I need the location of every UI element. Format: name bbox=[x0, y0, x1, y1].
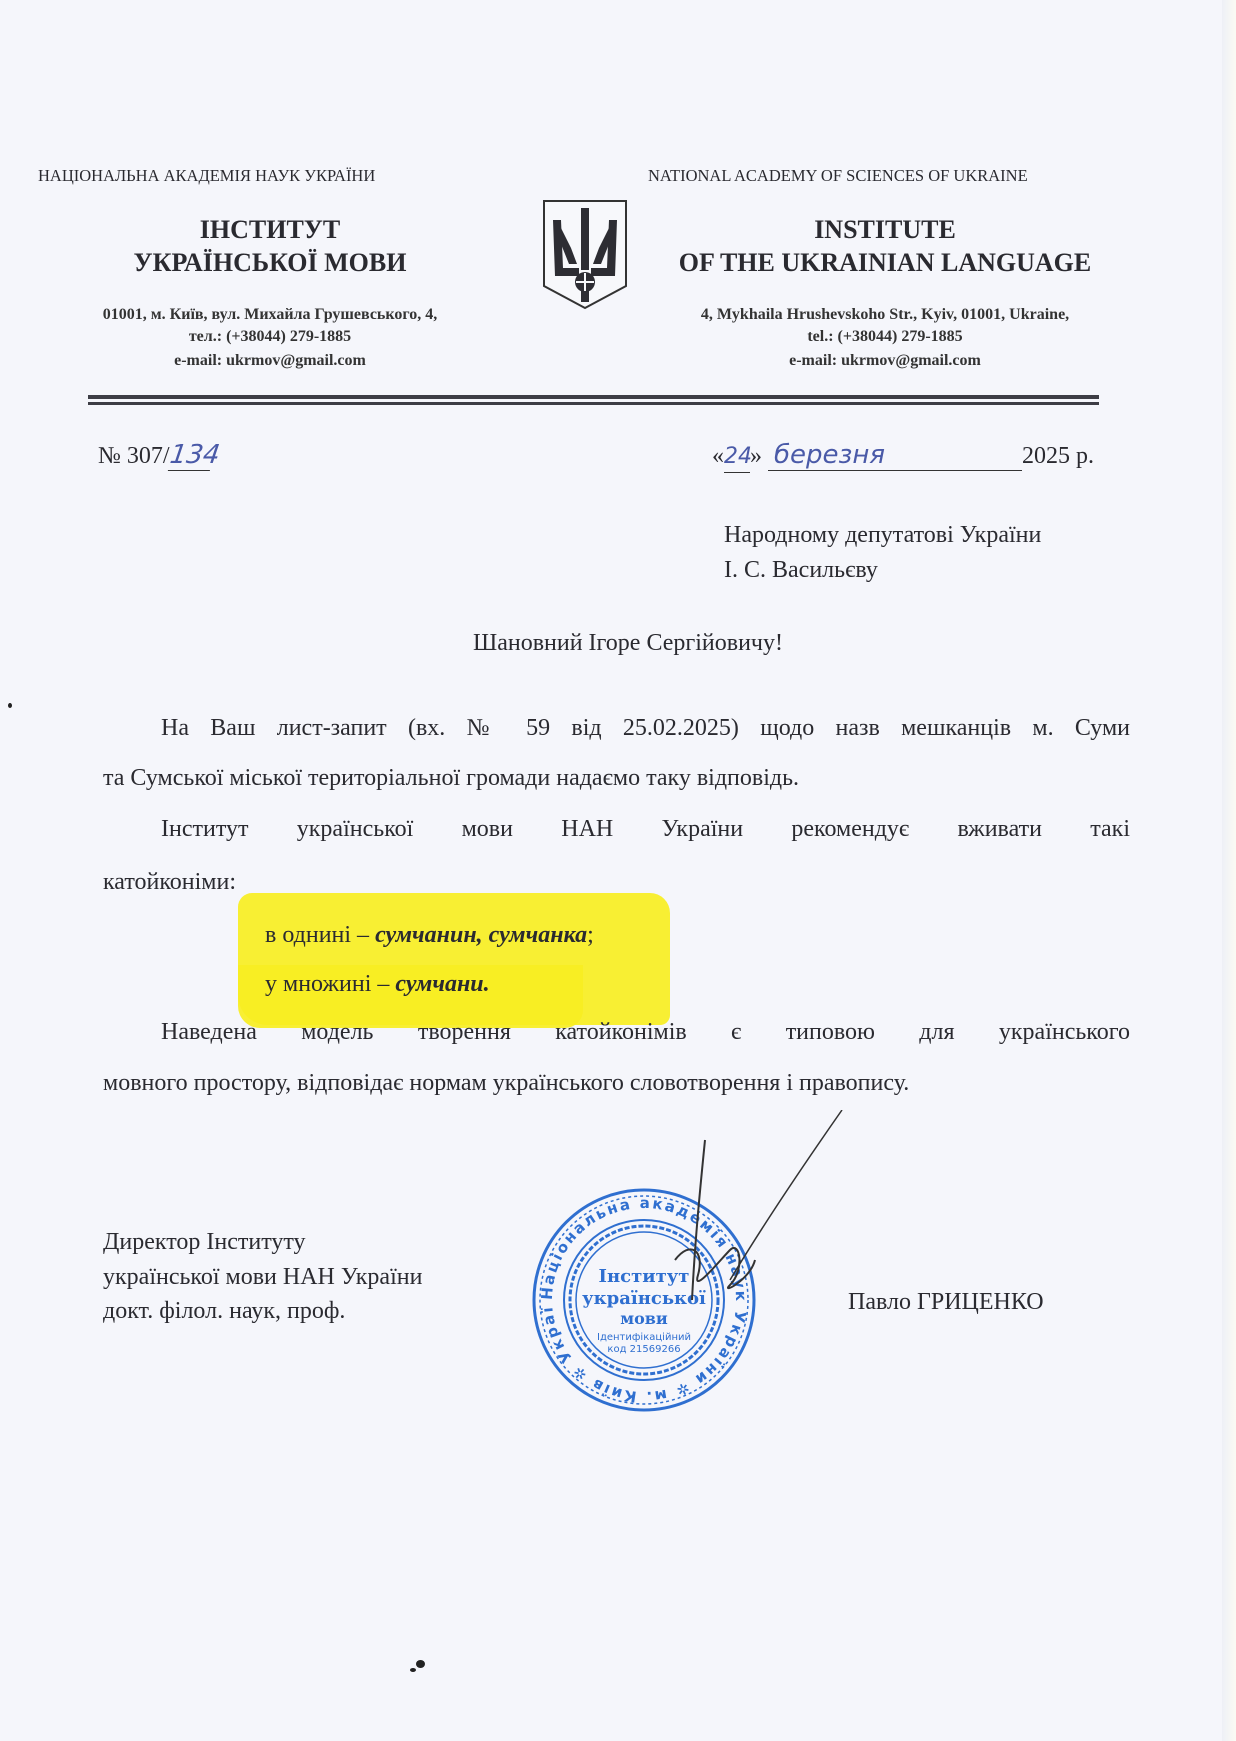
date-month-handwritten: березня bbox=[768, 440, 1022, 471]
signatory-title-line3: докт. філол. наук, проф. bbox=[103, 1296, 345, 1326]
plural-label: у множині – bbox=[265, 971, 395, 997]
singular-value: сумчанин, сумчанка bbox=[375, 922, 587, 948]
paragraph-3-line-2: мовного простору, відповідає нормам укра… bbox=[103, 1068, 909, 1098]
paragraph-1-line-1: На Ваш лист-запит (вх. № 59 від 25.02.20… bbox=[103, 713, 1130, 743]
academy-name-en: NATIONAL ACADEMY OF SCIENCES OF UKRAINE bbox=[648, 166, 1028, 186]
addressee-name: І. С. Васильєву bbox=[724, 555, 878, 585]
salutation: Шановний Ігоре Сергійовичу! bbox=[0, 628, 1236, 658]
paragraph-2-line-2: катойконіми: bbox=[103, 867, 236, 897]
paper-edge bbox=[1222, 0, 1236, 1741]
reference-number-handwritten: 134 bbox=[167, 440, 213, 471]
handwritten-signature bbox=[580, 1110, 850, 1360]
reference-number: № 307/134 bbox=[98, 440, 212, 471]
academy-name-ua: НАЦІОНАЛЬНА АКАДЕМІЯ НАУК УКРАЇНИ bbox=[38, 166, 375, 186]
institute-name-en-line2: OF THE UKRAINIAN LANGUAGE bbox=[650, 247, 1120, 279]
addressee-title: Народному депутатові України bbox=[724, 520, 1041, 550]
phone-en: tel.: (+38044) 279-1885 bbox=[650, 326, 1120, 348]
letterhead-rule-bottom bbox=[88, 402, 1099, 405]
trident-coat-of-arms-icon bbox=[541, 198, 629, 312]
singular-label: в однині – bbox=[265, 922, 375, 948]
paragraph-1-line-2: та Сумської міської територіальної грома… bbox=[103, 763, 799, 793]
signatory-title-line2: української мови НАН України bbox=[103, 1262, 422, 1292]
institute-name-ua-line2: УКРАЇНСЬКОЇ МОВИ bbox=[100, 247, 440, 279]
signatory-name: Павло ГРИЦЕНКО bbox=[848, 1287, 1044, 1317]
date-year: 2025 р. bbox=[1022, 443, 1094, 469]
letterhead-rule-top bbox=[88, 395, 1099, 399]
singular-end: ; bbox=[587, 922, 594, 948]
email-ua: e-mail: ukrmov@gmail.com bbox=[40, 350, 500, 372]
paper-speck bbox=[410, 1668, 416, 1672]
address-en: 4, Mykhaila Hrushevskoho Str., Kyiv, 010… bbox=[650, 304, 1120, 326]
paragraph-2-line-1: Інститут української мови НАН України ре… bbox=[103, 814, 1130, 844]
date-open-quote: « bbox=[712, 443, 724, 469]
singular-forms: в однині – сумчанин, сумчанка; bbox=[265, 920, 594, 950]
paragraph-3-line-1: Наведена модель творення катойконімів є … bbox=[103, 1017, 1130, 1047]
phone-ua: тел.: (+38044) 279-1885 bbox=[40, 326, 500, 348]
paper-speck bbox=[8, 703, 12, 708]
reference-number-prefix: № 307/ bbox=[98, 443, 170, 469]
email-en: e-mail: ukrmov@gmail.com bbox=[650, 350, 1120, 372]
paper-speck bbox=[416, 1660, 425, 1668]
date-close-quote: » bbox=[750, 443, 762, 469]
plural-forms: у множині – сумчани. bbox=[265, 969, 490, 999]
institute-name-ua-line1: ІНСТИТУТ bbox=[100, 214, 440, 246]
address-ua: 01001, м. Київ, вул. Михайла Грушевськог… bbox=[40, 304, 500, 326]
plural-value: сумчани. bbox=[395, 971, 489, 997]
institute-name-en-line1: INSTITUTE bbox=[650, 214, 1120, 246]
date-day-handwritten: 24 bbox=[724, 442, 750, 473]
signatory-title-line1: Директор Інституту bbox=[103, 1227, 306, 1257]
letter-date: «24» березня2025 р. bbox=[712, 440, 1094, 473]
